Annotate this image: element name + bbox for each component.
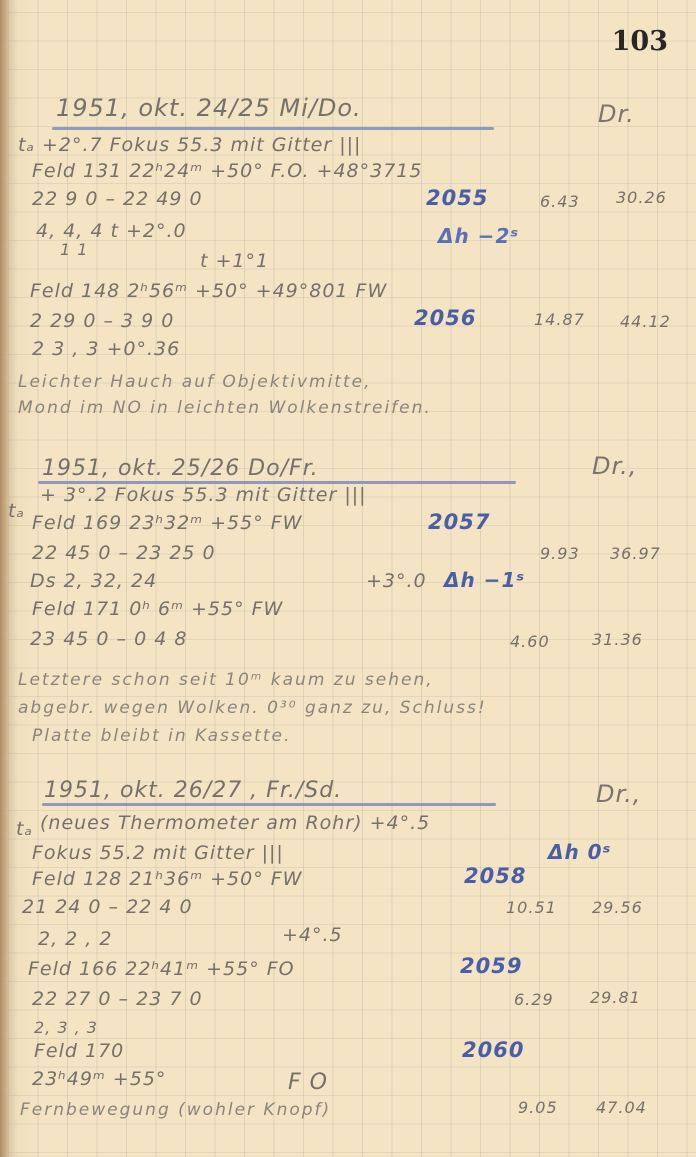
entry-1-plate-2055: 2055	[426, 186, 488, 210]
entry-3-field-1-val2: 29.56	[592, 898, 643, 917]
entry-1-field-2-val1: 14.87	[534, 310, 585, 329]
entry-3-field-3-coords: 23ʰ49ᵐ +55°	[32, 1068, 166, 1090]
entry-3-field-2-times: 22 27 0 – 23 7 0	[32, 988, 203, 1010]
entry-3-date: 1951, okt. 26/27 , Fr./Sd.	[44, 778, 342, 803]
entry-3-field-2-label: Feld 166 22ʰ41ᵐ +55° FO	[28, 958, 295, 980]
entry-1-field-1-val1: 6.43	[540, 192, 580, 211]
entry-2-field-2-label: Feld 171 0ʰ 6ᵐ +55° FW	[32, 598, 283, 620]
entry-3-plate-2060: 2060	[462, 1038, 524, 1062]
entry-1-plate-2056: 2056	[414, 306, 476, 330]
entry-1-field-2-label: Feld 148 2ʰ56ᵐ +50° +49°801 FW	[30, 280, 387, 302]
entry-2-field-1-label: Feld 169 23ʰ32ᵐ +55° FW	[32, 512, 302, 534]
entry-3-underline	[42, 803, 496, 806]
entry-2-date: 1951, okt. 25/26 Do/Fr.	[42, 456, 319, 481]
entry-3-ta-prefix: tₐ	[16, 818, 33, 840]
entry-2-field-2-val1: 4.60	[510, 632, 550, 651]
entry-1-field-2-times: 2 29 0 – 3 9 0	[30, 310, 174, 332]
page-number: 103	[612, 26, 668, 57]
entry-2-field-1-val2: 36.97	[610, 544, 661, 563]
entry-3-field-1-val1: 10.51	[506, 898, 557, 917]
entry-2-field-1-val1: 9.93	[540, 544, 580, 563]
entry-2-field-2-val2: 31.36	[592, 630, 643, 649]
entry-3-field-2-val1: 6.29	[514, 990, 554, 1009]
entry-3-field-3-pre: 2, 3 , 3	[34, 1018, 98, 1037]
entry-3-field-1-extra: 2, 2 , 2	[38, 928, 112, 950]
entry-1-delta-h: Δh −2ˢ	[438, 224, 519, 248]
entry-1-field-1-extra-sub: 1 1	[60, 240, 88, 259]
entry-2-observer: Dr.,	[592, 452, 637, 480]
entry-3-plate-2059: 2059	[460, 954, 522, 978]
entry-3-field-3-note: Fernbewegung (wohler Knopf)	[20, 1100, 331, 1120]
entry-2-note-1: Letztere schon seit 10ᵐ kaum zu sehen,	[18, 670, 434, 690]
entry-3-field-3-val1: 9.05	[518, 1098, 558, 1117]
entry-1-note-2: Mond im NO in leichten Wolkenstreifen.	[18, 398, 432, 418]
entry-2-plate-2057: 2057	[428, 510, 490, 534]
entry-2-field-1-temp: +3°.0	[366, 570, 427, 592]
entry-1-ta-line: tₐ +2°.7 Fokus 55.3 mit Gitter |||	[18, 134, 361, 156]
entry-3-field-2-val2: 29.81	[590, 988, 641, 1007]
entry-3-field-3-val2: 47.04	[596, 1098, 647, 1117]
entry-1-date: 1951, okt. 24/25 Mi/Do.	[56, 94, 362, 122]
entry-2-ta-line: + 3°.2 Fokus 55.3 mit Gitter |||	[40, 484, 367, 506]
entry-1-field-1-times: 22 9 0 – 22 49 0	[32, 188, 203, 210]
entry-2-field-1-times: 22 45 0 – 23 25 0	[32, 542, 216, 564]
notebook-page: 103 1951, okt. 24/25 Mi/Do. Dr. tₐ +2°.7…	[0, 0, 696, 1157]
entry-3-field-3-type: F O	[288, 1070, 328, 1095]
entry-2-field-1-extra: Ds 2, 32, 24	[30, 570, 157, 592]
entry-1-field-1-temp: t +1°1	[200, 250, 269, 272]
entry-2-note-2: abgebr. wegen Wolken. 0³⁰ ganz zu, Schlu…	[18, 698, 487, 718]
entry-3-field-1-label: Feld 128 21ʰ36ᵐ +50° FW	[32, 868, 302, 890]
entry-3-plate-2058: 2058	[464, 864, 526, 888]
entry-2-note-3: Platte bleibt in Kassette.	[32, 726, 291, 746]
entry-3-field-1-times: 21 24 0 – 22 4 0	[22, 896, 193, 918]
entry-1-field-1-extra: 4, 4, 4 t +2°.0	[36, 220, 187, 242]
entry-1-observer: Dr.	[598, 100, 635, 128]
entry-3-ta-line: (neues Thermometer am Rohr) +4°.5	[40, 812, 430, 834]
entry-1-note-1: Leichter Hauch auf Objektivmitte,	[18, 372, 372, 392]
entry-2-field-2-times: 23 45 0 – 0 4 8	[30, 628, 187, 650]
entry-3-field-3-label: Feld 170	[34, 1040, 124, 1062]
entry-1-field-2-extra: 2 3 , 3 +0°.36	[32, 338, 180, 360]
page-binding-edge	[0, 0, 8, 1157]
entry-2-delta-h: Δh −1ˢ	[444, 568, 525, 592]
entry-3-observer: Dr.,	[596, 780, 641, 808]
entry-1-field-1-label: Feld 131 22ʰ24ᵐ +50° F.O. +48°3715	[32, 160, 422, 182]
entry-3-delta-h: Δh 0ˢ	[548, 840, 611, 864]
entry-3-focus-line: Fokus 55.2 mit Gitter |||	[32, 842, 284, 864]
entry-1-underline	[52, 127, 494, 130]
entry-3-field-1-temp: +4°.5	[282, 924, 343, 946]
entry-2-ta-prefix: tₐ	[8, 500, 25, 522]
entry-1-field-2-val2: 44.12	[620, 312, 671, 331]
entry-1-field-1-val2: 30.26	[616, 188, 667, 207]
